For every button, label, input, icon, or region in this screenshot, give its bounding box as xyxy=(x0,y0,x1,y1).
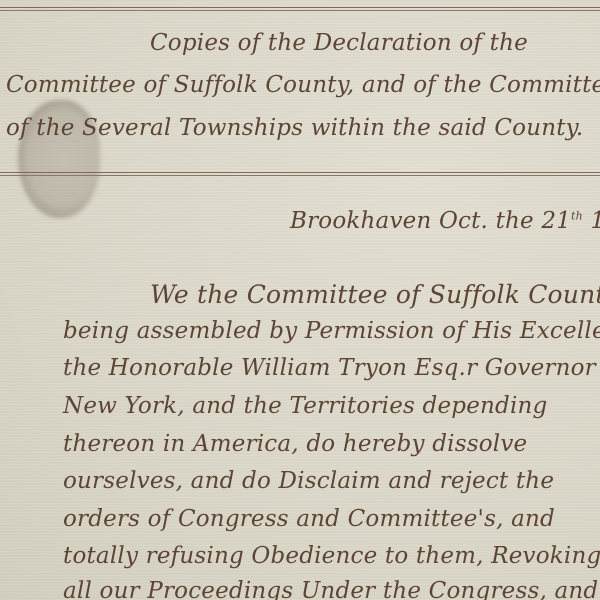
heading-line-2: Committee of Suffolk County, and of the … xyxy=(6,72,600,98)
heading-line-1: Copies of the Declaration of the xyxy=(150,30,528,56)
body-line-4: New York, and the Territories depending xyxy=(63,393,547,419)
body-line-9: all our Proceedings Under the Congress, … xyxy=(63,578,598,600)
body-line-3: the Honorable William Tryon Esq.r Govern… xyxy=(63,355,600,381)
body-line-7: orders of Congress and Committee's, and xyxy=(63,506,555,532)
dateline-place: Brookhaven Oct. xyxy=(290,208,488,234)
body-line-8: totally refusing Obedience to them, Revo… xyxy=(63,543,600,569)
dateline: Brookhaven Oct. the 21th 1776. xyxy=(290,208,600,234)
dateline-ordinal: th xyxy=(571,209,583,222)
dateline-day: the 21 xyxy=(496,208,571,234)
divider-ruled-line xyxy=(0,172,600,176)
body-line-1: We the Committee of Suffolk County xyxy=(150,280,600,309)
body-line-5: thereon in America, do hereby dissolve xyxy=(63,431,527,457)
body-line-2: being assembled by Permission of His Exc… xyxy=(63,318,600,344)
dateline-year: 1776. xyxy=(590,208,600,234)
heading-line-3: of the Several Townships within the said… xyxy=(6,115,583,141)
top-ruled-line xyxy=(0,7,600,11)
body-line-6: ourselves, and do Disclaim and reject th… xyxy=(63,468,554,494)
manuscript-page: Copies of the Declaration of the Committ… xyxy=(0,0,600,600)
